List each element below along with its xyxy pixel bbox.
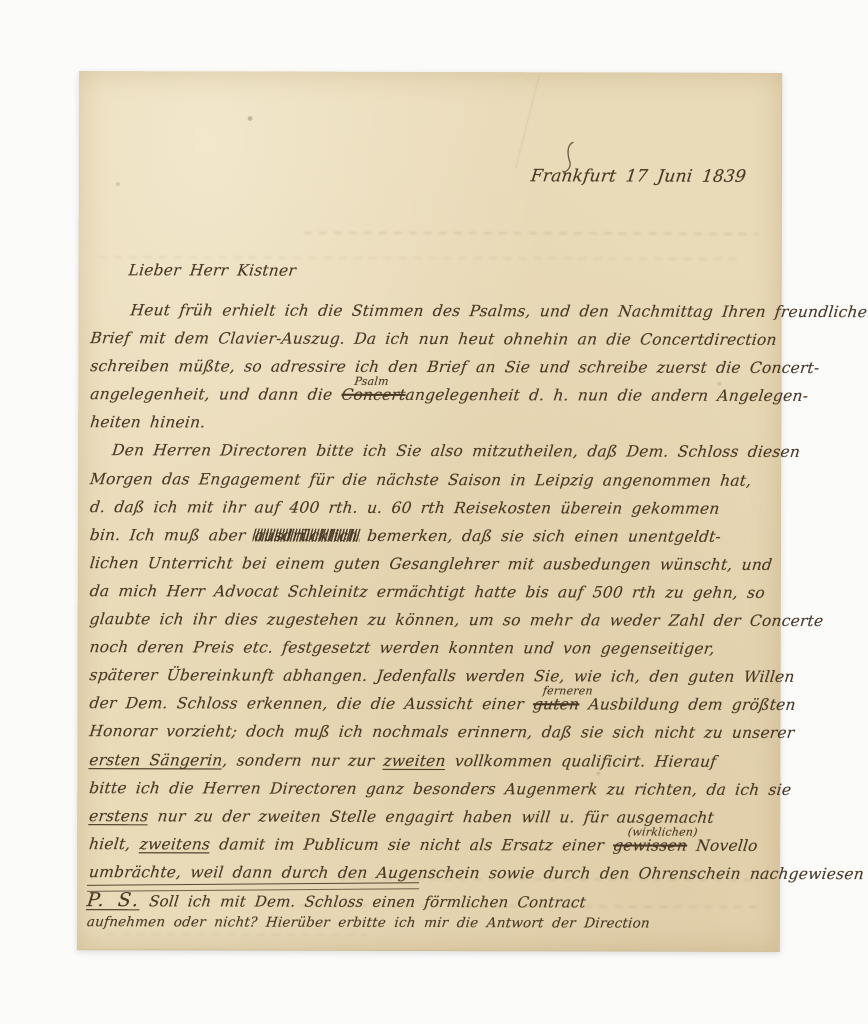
- letter-line-20: hielt, zweitens damit im Publicum sie ni…: [87, 835, 778, 865]
- line4-struck-word: Concert: [341, 386, 407, 404]
- line20-pre: hielt,: [88, 835, 141, 853]
- letter-line-7: Morgen das Engagement für die nächste Sa…: [88, 470, 779, 500]
- showthrough-line: [99, 256, 739, 260]
- letter-line-14: späterer Übereinkunft abhangen. Jedenfal…: [88, 666, 779, 696]
- letter-line-1: Heut früh erhielt ich die Stimmen des Ps…: [88, 301, 779, 331]
- letter-line-16: Honorar vorzieht; doch muß ich nochmals …: [87, 723, 778, 753]
- salutation: Lieber Herr Kistner: [128, 261, 297, 279]
- line20-inserted-word: (wirklichen): [627, 825, 698, 838]
- photo-background: Frankfurt 17 Juni 1839 Lieber Herr Kistn…: [0, 0, 868, 1024]
- line17-underlined-1: ersten Sängerin: [88, 751, 223, 769]
- letter-line-15: der Dem. Schloss erkennen, die die Aussi…: [87, 694, 778, 724]
- dateline: Frankfurt 17 Juni 1839: [530, 166, 748, 187]
- line4-post: angelegenheit d. h. nun die andern Angel…: [405, 386, 810, 405]
- line19-underlined: erstens: [88, 807, 149, 825]
- paper-crease: [515, 76, 539, 168]
- paper-stains: [79, 71, 81, 73]
- letter-line-5: heiten hinein.: [88, 413, 779, 443]
- line15-pre: der Dem. Schloss erkennen, die die Aussi…: [89, 694, 534, 713]
- letter-body: Heut früh erhielt ich die Stimmen des Ps…: [87, 301, 777, 893]
- line19-post: nur zu der zweiten Stelle engagirt haben…: [148, 807, 715, 826]
- letter-line-4: angelegenheit, und dann die PsalmConcert…: [88, 385, 779, 415]
- postscript-text-1: Soll ich mit Dem. Schloss einen förmlich…: [139, 892, 587, 911]
- line15-inserted-word: ferneren: [542, 685, 593, 698]
- letter-line-3: schreiben müßte, so adressire ich den Br…: [88, 357, 779, 387]
- letter-line-6: Den Herren Directoren bitte ich Sie also…: [88, 442, 779, 472]
- postscript-label: P. S.: [86, 889, 142, 911]
- line17-post: vollkommen qualificirt. Hierauf: [445, 752, 717, 771]
- showthrough-line: [304, 232, 759, 235]
- letter-line-12: glaubte ich ihr dies zugestehen zu könne…: [88, 610, 779, 640]
- postscript-line-2: aufnehmen oder nicht? Hierüber erbitte i…: [86, 914, 651, 931]
- letter-line-11: da mich Herr Advocat Schleinitz ermächti…: [88, 582, 779, 612]
- line20-underlined: zweitens: [139, 835, 211, 853]
- line15-struck-word: guten: [532, 696, 580, 714]
- line17-underlined-2: zweiten: [382, 751, 446, 769]
- line20-struck-word: gewissen: [612, 836, 688, 854]
- letter-line-2: Brief mit dem Clavier-Auszug. Da ich nun…: [88, 329, 779, 359]
- line20-correction: (wirklichen)gewissen: [612, 836, 688, 854]
- line15-post: Ausbildung dem größten: [578, 696, 796, 715]
- letter-line-8: d. daß ich mit ihr auf 400 rth. u. 60 rt…: [88, 498, 779, 528]
- line4-inserted-word: Psalm: [354, 375, 390, 388]
- letter-line-17: ersten Sängerin, sondern nur zur zweiten…: [87, 751, 778, 781]
- line20-post: Novello: [686, 836, 759, 854]
- showthrough-line: [107, 933, 367, 936]
- letter-line-13: noch deren Preis etc. festgesetzt werden…: [88, 638, 779, 668]
- line4-pre: angelegenheit, und dann die: [89, 385, 342, 404]
- line4-correction: PsalmConcert: [341, 386, 407, 404]
- line15-correction: fernerenguten: [532, 696, 580, 714]
- line17-mid: , sondern nur zur: [222, 751, 385, 769]
- letter-line-18: bitte ich die Herren Directoren ganz bes…: [87, 779, 778, 809]
- line20-mid: damit im Publicum sie nicht als Ersatz e…: [209, 835, 614, 854]
- letter-line-9: bin. Ich muß aber ausdrücklich bemerken,…: [88, 526, 779, 556]
- letter-paper: Frankfurt 17 Juni 1839 Lieber Herr Kistn…: [77, 71, 782, 952]
- line9-pre: bin. Ich muß aber: [89, 526, 256, 544]
- line9-scribbled-word: ausdrücklich: [254, 526, 359, 544]
- line9-post: bemerken, daß sie sich einen unentgeldt-: [357, 527, 722, 546]
- postscript-line-1: P. S. Soll ich mit Dem. Schloss einen fö…: [86, 889, 587, 912]
- letter-line-10: lichen Unterricht bei einem guten Gesang…: [88, 554, 779, 584]
